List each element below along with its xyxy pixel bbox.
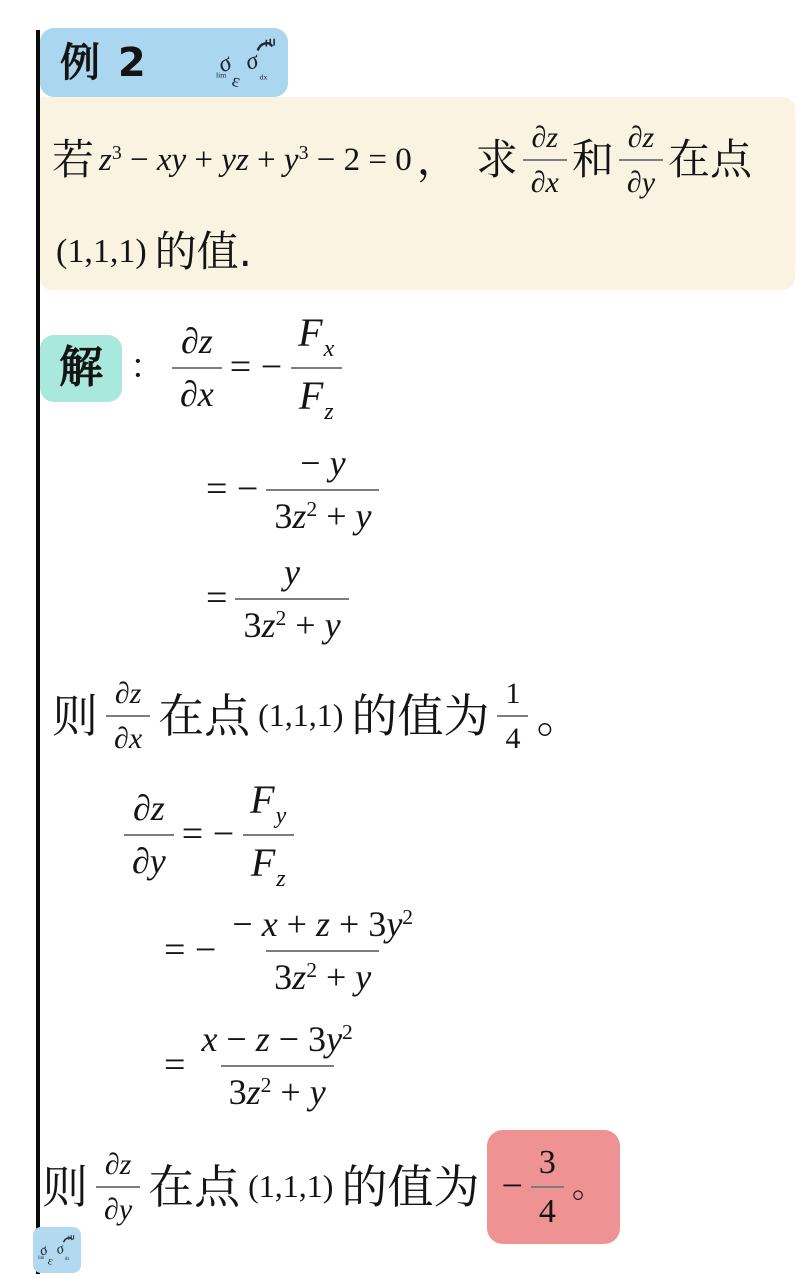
solution-colon: ： bbox=[130, 349, 164, 386]
fraction-x-z-3y2: x − z − 3y2 3z2 + y bbox=[193, 1019, 360, 1112]
logo-lim-label: lim bbox=[216, 70, 226, 79]
numerator: 1 bbox=[497, 677, 528, 715]
fraction-dz-dx: ∂z ∂x bbox=[523, 121, 567, 199]
denominator: 3z2 + y bbox=[266, 489, 379, 537]
fraction-dz-dx: ∂z ∂x bbox=[172, 321, 222, 414]
problem-line-1: 若 z3 − xy + yz + y3 − 2 = 0 ， 求 ∂z ∂x 和 … bbox=[52, 104, 757, 216]
denominator: 3z2 + y bbox=[235, 598, 348, 646]
lecture-slide: 例 2 σ lim ε σ dx 若 z3 − xy + yz + y3 − 2… bbox=[0, 0, 800, 1278]
fraction-dz-dy: ∂z ∂y bbox=[124, 788, 174, 881]
cjk-comma: ， bbox=[417, 137, 459, 183]
solution-jie-text: 解 bbox=[59, 344, 103, 392]
problem-dezhi-text: 的值. bbox=[155, 229, 252, 275]
equals-minus-sign: = − bbox=[206, 469, 258, 511]
fraction-dz-dx: ∂z ∂x bbox=[106, 677, 150, 755]
implicit-equation: z3 − xy + yz + y3 − 2 = 0 bbox=[99, 141, 412, 178]
cjk-period: 。 bbox=[572, 1168, 606, 1205]
logo-sigma2-icon: σ bbox=[242, 46, 262, 76]
example-header: 例 2 σ lim ε σ dx bbox=[40, 28, 288, 97]
math-logo-icon: σ lim ε σ dx bbox=[38, 1234, 76, 1266]
problem-line-2: (1,1,1) 的值. bbox=[56, 222, 260, 282]
denominator: ∂y bbox=[619, 159, 663, 199]
solution-step-5: = − − x + z + 3y2 3z2 + y bbox=[164, 894, 429, 1008]
problem-ruo-text: 若 bbox=[52, 137, 94, 183]
equals-sign: = bbox=[164, 1045, 185, 1087]
numerator: − y bbox=[292, 443, 353, 489]
fraction-dz-dy: ∂z ∂y bbox=[619, 121, 663, 199]
numerator: ∂z bbox=[620, 121, 663, 159]
numerator: − x + z + 3y2 bbox=[224, 904, 421, 950]
result-ze-text: 则 bbox=[42, 1162, 88, 1213]
watermark-badge: σ lim ε σ dx bbox=[33, 1227, 81, 1273]
denominator: ∂x bbox=[106, 715, 150, 755]
denominator: Fz bbox=[291, 367, 342, 425]
numerator: ∂z bbox=[97, 1148, 140, 1186]
problem-qiu-text: 求 bbox=[476, 137, 518, 183]
problem-zaidian-text: 在点 bbox=[668, 137, 752, 183]
numerator: ∂z bbox=[173, 321, 221, 367]
denominator: 3z2 + y bbox=[266, 950, 379, 998]
solution-step-6: = x − z − 3y2 3z2 + y bbox=[164, 1010, 369, 1122]
equals-minus-sign: = − bbox=[182, 814, 234, 856]
fraction-Fy-Fz: Fy Fz bbox=[242, 778, 294, 892]
result-zaidian-text: 在点 bbox=[148, 1162, 240, 1213]
fraction-three-fourths: 3 4 bbox=[531, 1144, 564, 1231]
numerator: Fx bbox=[290, 311, 342, 367]
result-ze-text: 则 bbox=[52, 691, 98, 742]
denominator: ∂y bbox=[124, 834, 174, 882]
numerator: 3 bbox=[531, 1144, 564, 1186]
numerator: y bbox=[276, 552, 308, 598]
result-dezhiwei-text: 的值为 bbox=[341, 1162, 479, 1213]
point-coordinates: (1,1,1) bbox=[56, 233, 147, 270]
result-dezhiwei-text: 的值为 bbox=[351, 691, 489, 742]
fraction-negy-over-3z2y: − y 3z2 + y bbox=[266, 443, 379, 536]
solution-step-4: ∂z ∂y = − Fy Fz bbox=[124, 776, 302, 894]
cjk-period: 。 bbox=[536, 691, 582, 742]
example-title: 例 2 bbox=[60, 41, 148, 85]
logo-dx-label: dx bbox=[65, 1257, 70, 1262]
fraction-dz-dy: ∂z ∂y bbox=[96, 1148, 140, 1226]
result-dz-dy: 则 ∂z ∂y 在点 (1,1,1) 的值为 − 3 4 。 bbox=[42, 1126, 628, 1248]
point-coordinates: (1,1,1) bbox=[258, 698, 343, 733]
fraction-Fx-Fz: Fx Fz bbox=[290, 311, 342, 425]
denominator: ∂x bbox=[523, 159, 567, 199]
problem-he-text: 和 bbox=[572, 137, 614, 183]
solution-step-1: 解 ： ∂z ∂x = − Fx Fz bbox=[40, 302, 350, 434]
minus-sign: − bbox=[501, 1166, 522, 1208]
numerator: ∂z bbox=[524, 121, 567, 159]
denominator: ∂x bbox=[172, 367, 222, 415]
solution-label-box: 解 bbox=[40, 335, 122, 402]
result-zaidian-text: 在点 bbox=[158, 691, 250, 742]
logo-lim-label: lim bbox=[38, 1256, 45, 1261]
answer-highlight: − 3 4 。 bbox=[487, 1130, 619, 1244]
numerator: x − z − 3y2 bbox=[193, 1019, 360, 1065]
denominator: 3z2 + y bbox=[221, 1065, 334, 1113]
fraction-one-fourth: 1 4 bbox=[497, 677, 528, 755]
fraction-negx-z-3y2: − x + z + 3y2 3z2 + y bbox=[224, 904, 421, 997]
math-logo-icon: σ lim ε σ dx bbox=[216, 37, 278, 89]
numerator: Fy bbox=[242, 778, 294, 834]
solution-step-3: = y 3z2 + y bbox=[206, 546, 357, 652]
denominator: Fz bbox=[243, 834, 294, 892]
denominator: ∂y bbox=[96, 1186, 140, 1226]
point-coordinates: (1,1,1) bbox=[248, 1169, 333, 1204]
numerator: ∂z bbox=[125, 788, 173, 834]
fraction-y-over-3z2y: y 3z2 + y bbox=[235, 552, 348, 645]
result-dz-dx: 则 ∂z ∂x 在点 (1,1,1) 的值为 1 4 。 bbox=[52, 666, 590, 766]
equals-minus-sign: = − bbox=[230, 347, 282, 389]
logo-sigma2-icon: σ bbox=[54, 1241, 66, 1259]
denominator: 4 bbox=[497, 715, 528, 755]
logo-dx-label: dx bbox=[260, 72, 268, 81]
numerator: ∂z bbox=[107, 677, 150, 715]
equals-minus-sign: = − bbox=[164, 930, 216, 972]
denominator: 4 bbox=[531, 1186, 564, 1230]
equals-sign: = bbox=[206, 578, 227, 620]
solution-step-2: = − − y 3z2 + y bbox=[206, 434, 387, 546]
